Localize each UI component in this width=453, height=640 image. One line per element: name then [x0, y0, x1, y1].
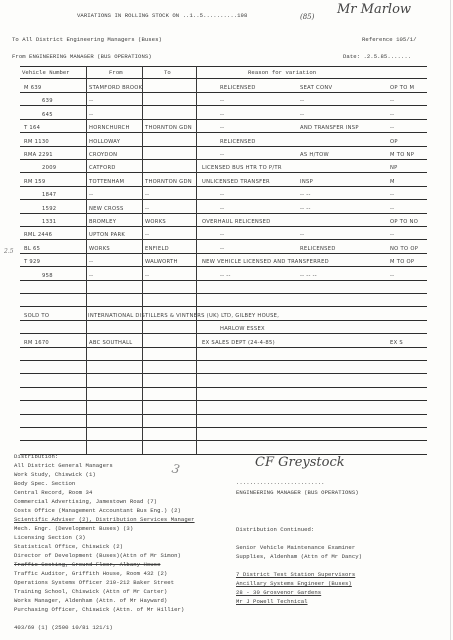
table-rule: [20, 146, 427, 147]
vehicle-number: RM 1130: [24, 139, 49, 145]
table-rule: [20, 266, 427, 267]
vehicle-number: RML 2446: [24, 232, 52, 238]
table-rule: [20, 373, 427, 374]
distribution-item: Statistical Office, Chiswick (2): [14, 542, 195, 551]
reason-detail: Relicensed: [300, 246, 336, 252]
distribution-continued: Distribution Continued: Senior Vehicle M…: [236, 525, 362, 606]
table-rule: [20, 333, 427, 334]
table-rule: [20, 199, 427, 200]
reason-detail: and transfer insp: [300, 125, 359, 131]
table-rule: [20, 360, 427, 361]
distribution-continued-underlined-item: Mr J Powell Technical: [236, 597, 362, 606]
distribution-continued-underlined-item: 28 - 30 Grosvenor Gardens: [236, 588, 362, 597]
distribution-item: Scientific Adviser (2), Distribution Ser…: [14, 515, 195, 524]
table-rule: [20, 347, 427, 348]
to-garage: Thornton Gdn: [145, 125, 192, 131]
status-code: --: [390, 273, 394, 279]
from-garage: New Cross: [89, 206, 124, 212]
from-garage: International Distillers & Vintners (UK)…: [88, 313, 279, 319]
table-rule: [20, 159, 427, 160]
from-garage: Works: [89, 246, 110, 252]
margin-note: 2.5: [4, 248, 14, 255]
date-label: Date:: [343, 53, 360, 60]
reason: Unlicensed transfer: [202, 179, 270, 185]
distribution-list: All District General ManagersWork Study,…: [14, 461, 195, 614]
reason: Relicensed: [220, 139, 256, 145]
to-garage: Works: [145, 219, 166, 225]
from-garage: Croydon: [89, 152, 117, 158]
table-rule: [20, 239, 427, 240]
reason-detail: --: [300, 98, 304, 104]
vehicle-number: 2009: [42, 165, 56, 171]
distribution-item: Operations Systems Officer 210-212 Baker…: [14, 578, 195, 587]
from-garage: Tottenham: [89, 179, 124, 185]
table-rule: [20, 427, 427, 428]
status-code: M: [390, 179, 395, 185]
reason: --: [220, 98, 224, 104]
to-garage: --: [145, 206, 149, 212]
status-code: --: [390, 112, 394, 118]
table-column-divider: [142, 66, 143, 454]
status-code: --: [390, 125, 394, 131]
table-column-divider: [86, 66, 87, 454]
status-code: --: [390, 192, 394, 198]
from-line: From ENGINEERING MANAGER (BUS OPERATIONS…: [12, 53, 152, 60]
signature-dots: ..........................: [236, 479, 325, 486]
signature: CF Greystock: [255, 455, 345, 470]
status-code: M to NP: [390, 152, 414, 158]
table-rule: [20, 387, 427, 388]
status-code: Ex S: [390, 340, 403, 346]
title-year-note: (85): [300, 13, 314, 21]
reason: Overhaul relicensed: [202, 219, 271, 225]
col-header-to: To: [164, 69, 171, 76]
reason: Licensed Bus Htr to P/Tr: [202, 165, 282, 171]
distribution-item: Works Manager, Aldenham (Attn. of Mr Hay…: [14, 596, 195, 605]
distribution-continued-underlined-item: Ancillary Systems Engineer (Buses): [236, 579, 362, 588]
vehicle-number: Sold to: [24, 313, 49, 319]
vehicle-number: RM 159: [24, 179, 45, 185]
distribution-title: Distribution:: [14, 452, 195, 461]
reason-detail: --: [300, 112, 304, 118]
reason: Ex Sales Dept (24-4-85): [202, 340, 275, 346]
from-garage: --: [89, 98, 93, 104]
distribution-item: All District General Managers: [14, 461, 195, 470]
col-header-reason: Reason for variation: [248, 69, 316, 76]
status-code: --: [390, 206, 394, 212]
title-text: VARIATIONS IN ROLLING STOCK ON: [77, 12, 179, 19]
table-rule: [20, 78, 427, 79]
distribution-item: Work Study, Chiswick (1): [14, 470, 195, 479]
table-rule: [20, 92, 427, 93]
vehicle-number: 1592: [42, 206, 56, 212]
col-header-from: From: [109, 69, 123, 76]
reason: -- --: [220, 273, 231, 279]
distribution-continued-underlined-item: 7 District Test Station Supervisors: [236, 570, 362, 579]
vehicle-number: 1847: [42, 192, 56, 198]
distribution-continued-item: Senior Vehicle Maintenance Examiner: [236, 543, 362, 552]
reason: --: [220, 125, 224, 131]
from-garage: --: [89, 112, 93, 118]
reason: --: [220, 206, 224, 212]
page-edge: [450, 0, 451, 640]
reason: --: [220, 112, 224, 118]
col-header-vehicle: Vehicle Number: [22, 69, 70, 76]
to-garage: --: [145, 273, 149, 279]
reason: --: [220, 246, 224, 252]
table-rule: [20, 186, 427, 187]
distribution-continued-item: Supplies, Aldenham (Attn of Mr Dancy): [236, 552, 362, 561]
date: Date: .2.5.85.......: [343, 53, 411, 60]
table-rule: [20, 400, 427, 401]
title-date: ..1..5..........198: [183, 12, 248, 19]
table-rule: [20, 414, 427, 415]
form-code: 403/69 (1) (2500 10/81 121/1): [14, 623, 195, 632]
from-garage: Hornchurch: [89, 125, 130, 131]
table-rule: [20, 320, 427, 321]
distribution-continued-underlined-list: 7 District Test Station SupervisorsAncil…: [236, 570, 362, 606]
to-garage: Thornton Gdn: [145, 179, 192, 185]
from-garage: Stamford Brook: [89, 85, 142, 91]
reason: New vehicle licensed and transferred: [202, 259, 329, 265]
reason-detail: -- -- --: [300, 273, 317, 279]
distribution-item: Central Record, Room 34: [14, 488, 195, 497]
table-rule: [20, 119, 427, 120]
status-code: --: [390, 98, 394, 104]
reason-detail: -- --: [300, 206, 311, 212]
distribution-continued-title: Distribution Continued:: [236, 525, 362, 534]
table-rule: [20, 213, 427, 214]
signature-title: ENGINEERING MANAGER (BUS OPERATIONS): [236, 489, 359, 496]
distribution-item: Body Spec. Section: [14, 479, 195, 488]
table-rule: [20, 105, 427, 106]
status-code: OP to M: [390, 85, 414, 91]
table-column-divider: [196, 66, 197, 454]
vehicle-number: T 929: [24, 259, 40, 265]
table-rule: [20, 253, 427, 254]
table-rule: [20, 132, 427, 133]
table-rule: [20, 440, 427, 441]
distribution-item: Training School, Chiswick (Attn of Mr Ca…: [14, 587, 195, 596]
status-code: OP to NO: [390, 219, 418, 225]
status-code: OP: [390, 139, 398, 145]
reason: --: [220, 192, 224, 198]
vehicle-number: T 164: [24, 125, 40, 131]
from-garage: Bromley: [89, 219, 116, 225]
distribution-item: Licensing Section (3): [14, 533, 195, 542]
from-garage: Catford: [89, 165, 116, 171]
from-garage: Holloway: [89, 139, 120, 145]
distribution-continued-list: Senior Vehicle Maintenance ExaminerSuppl…: [236, 543, 362, 561]
reason-detail: --: [300, 232, 304, 238]
reason-detail: insp: [300, 179, 313, 185]
from-garage: --: [89, 192, 93, 198]
distribution-item: Purchasing Officer, Chiswick (Attn. of M…: [14, 605, 195, 614]
distribution-item: Costs Office (Management Accountant Bus …: [14, 506, 195, 515]
reason: Harlow Essex: [220, 326, 265, 332]
to-garage: Enfield: [145, 246, 169, 252]
reference-label: Reference: [362, 36, 393, 43]
table-rule: [20, 226, 427, 227]
distribution-block: Distribution: All District General Manag…: [14, 452, 195, 632]
vehicle-number: 1331: [42, 219, 56, 225]
vehicle-number: BL 65: [24, 246, 40, 252]
reason: --: [220, 232, 224, 238]
from-garage: Upton Park: [89, 232, 125, 238]
reference: Reference 105/1/: [362, 36, 417, 43]
document-title: VARIATIONS IN ROLLING STOCK ON ..1..5...…: [77, 12, 247, 19]
from-garage: --: [89, 273, 93, 279]
table-rule: [20, 280, 427, 281]
to-garage: Walworth: [145, 259, 178, 265]
reason-detail: Seat Conv: [300, 85, 332, 91]
reason: --: [220, 152, 224, 158]
distribution-item: Traffic Auditor, Griffith House, Room 43…: [14, 569, 195, 578]
distribution-item: Director of Development (Buses)(Attn of …: [14, 551, 195, 560]
vehicle-number: RMA 2291: [24, 152, 53, 158]
reason-detail: -- --: [300, 192, 311, 198]
vehicle-number: 958: [42, 273, 53, 279]
reason: Relicensed: [220, 85, 256, 91]
date-value: .2.5.85.......: [363, 53, 411, 60]
distribution-item: Commercial Advertising, Jamestown Road (…: [14, 497, 195, 506]
from-garage: ABC Southall: [89, 340, 132, 346]
table-rule: [20, 172, 427, 173]
handwritten-annotation-top: Mr Marlow: [337, 2, 411, 17]
vehicle-number: 639: [42, 98, 53, 104]
table-rule: [20, 66, 427, 67]
table-rule: [20, 306, 427, 307]
to-line: To All District Engineering Managers (Bu…: [12, 36, 162, 43]
to-garage: --: [145, 232, 149, 238]
status-code: M to OP: [390, 259, 414, 265]
distribution-item: Mech. Engr. (Development Buses) (3): [14, 524, 195, 533]
vehicle-number: 645: [42, 112, 53, 118]
distribution-item: Traffic Costing, Ground Floor, Albany Ho…: [14, 560, 195, 569]
from-garage: --: [89, 259, 93, 265]
table-rule: [20, 293, 427, 294]
status-code: --: [390, 232, 394, 238]
vehicle-number: M 639: [24, 85, 42, 91]
to-garage: --: [145, 192, 149, 198]
status-code: NP: [390, 165, 398, 171]
vehicle-number: RM 1670: [24, 340, 49, 346]
reason-detail: as H/Tow: [300, 152, 329, 158]
reference-value: 105/1/: [396, 36, 416, 43]
status-code: NO to OP: [390, 246, 418, 252]
